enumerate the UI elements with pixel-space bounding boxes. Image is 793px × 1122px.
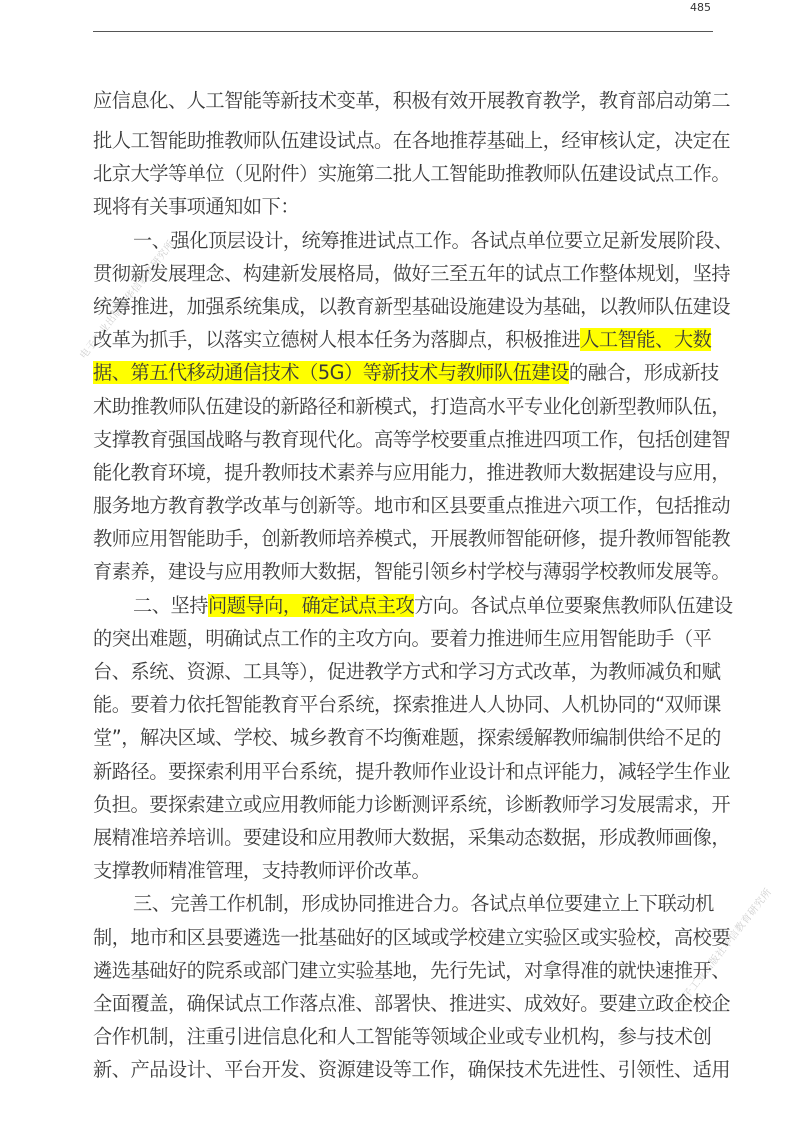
page-number: 485 — [690, 1, 711, 14]
text-line: 贯彻新发展理念、构建新发展格局，做好三至五年的试点工作整体规划，坚持 — [93, 257, 713, 290]
text-segment: 的融合，形成新技 — [569, 361, 719, 384]
text-segment: 方向。各试点单位要聚焦教师队伍建设 — [414, 594, 733, 617]
text-line: 批人工智能助推教师队伍建设试点。在各地推荐基础上，经审核认定，决定在 — [93, 124, 713, 157]
text-line: 统筹推进，加强系统集成，以教育新型基础设施建设为基础，以教师队伍建设 — [93, 290, 713, 323]
section-2-paragraph: 二、坚持问题导向，确定试点主攻方向。各试点单位要聚焦教师队伍建设 的突出难题，明… — [93, 589, 713, 888]
text-line: 全面覆盖，确保试点工作落点准、部署快、推进实、成效好。要建立政企校企 — [93, 987, 713, 1020]
text-line: 遴选基础好的院系或部门建立实验基地，先行先试，对拿得准的就快速推开、 — [93, 954, 713, 987]
text-line: 术助推教师队伍建设的新路径和新模式，打造高水平专业化创新型教师队伍， — [93, 390, 713, 423]
text-line: 据、第五代移动通信技术（5G）等新技术与教师队伍建设的融合，形成新技 — [93, 356, 713, 389]
text-line: 台、系统、资源、工具等），促进教学方式和学习方式改革，为教师减负和赋 — [93, 655, 713, 688]
document-body: 应信息化、人工智能等新技术变革，积极有效开展教育教学，教育部启动第二 批人工智能… — [93, 124, 713, 1086]
text-line: 改革为抓手，以落实立德树人根本任务为落脚点，积极推进人工智能、大数 — [93, 323, 713, 356]
section-heading-line: 三、完善工作机制，形成协同推进合力。各试点单位要建立上下联动机 — [93, 887, 713, 920]
text-segment: 改革为抓手，以落实立德树人根本任务为落脚点，积极推进 — [93, 328, 580, 351]
text-line: 支撑教育强国战略与教育现代化。高等学校要重点推进四项工作，包括创建智 — [93, 423, 713, 456]
text-line: 新、产品设计、平台开发、资源建设等工作，确保技术先进性、引领性、适用 — [93, 1053, 713, 1086]
text-line: 教师应用智能助手，创新教师培养模式，开展教师智能研修，提升教师智能教 — [93, 522, 713, 555]
section-1-paragraph: 一、强化顶层设计，统筹推进试点工作。各试点单位要立足新发展阶段、 贯彻新发展理念… — [93, 224, 713, 589]
text-line: 服务地方教育教学改革与创新等。地市和区县要重点推进六项工作，包括推动 — [93, 489, 713, 522]
section-heading-line: 二、坚持问题导向，确定试点主攻方向。各试点单位要聚焦教师队伍建设 — [93, 589, 713, 622]
text-line: 制，地市和区县要遴选一批基础好的区域或学校建立实验区或实验校，高校要 — [93, 921, 713, 954]
text-line: 育素养，建设与应用教师大数据，智能引领乡村学校与薄弱学校教师发展等。 — [93, 555, 713, 588]
highlighted-text: 人工智能、大数 — [580, 328, 711, 351]
text-line: 北京大学等单位（见附件）实施第二批人工智能助推教师队伍建设试点工作。 — [93, 157, 713, 190]
text-line: 负担。要探索建立或应用教师能力诊断测评系统，诊断教师学习发展需求，开 — [93, 788, 713, 821]
text-line: 能。要着力依托智能教育平台系统，探索推进人人协同、人机协同的“双师课 — [93, 688, 713, 721]
section-3-paragraph: 三、完善工作机制，形成协同推进合力。各试点单位要建立上下联动机 制，地市和区县要… — [93, 887, 713, 1086]
text-line: 新路径。要探索利用平台系统，提升教师作业设计和点评能力，减轻学生作业 — [93, 755, 713, 788]
text-line: 展精准培养培训。要建设和应用教师大数据，采集动态数据，形成教师画像， — [93, 821, 713, 854]
text-line: 支撑教师精准管理，支持教师评价改革。 — [93, 854, 713, 887]
text-line: 能化教育环境，提升教师技术素养与应用能力，推进教师大数据建设与应用， — [93, 456, 713, 489]
highlighted-text: 据、第五代移动通信技术（5G）等新技术与教师队伍建设 — [93, 361, 569, 384]
text-line: 的突出难题，明确试点工作的主攻方向。要着力推进师生应用智能助手（平 — [93, 622, 713, 655]
text-line: 现将有关事项通知如下： — [93, 190, 713, 223]
section-heading-line: 一、强化顶层设计，统筹推进试点工作。各试点单位要立足新发展阶段、 — [93, 224, 713, 257]
highlighted-text: 问题导向，确定试点主攻 — [208, 594, 414, 617]
text-line: 应信息化、人工智能等新技术变革，积极有效开展教育教学，教育部启动第二 — [93, 84, 730, 117]
page-header: 485 — [93, 0, 713, 32]
text-line: 堂”，解决区域、学校、城乡教育不均衡难题，探索缓解教师编制供给不足的 — [93, 721, 713, 754]
text-segment: 二、坚持 — [133, 594, 208, 617]
text-line: 合作机制，注重引进信息化和人工智能等领域企业或专业机构，参与技术创 — [93, 1020, 713, 1053]
